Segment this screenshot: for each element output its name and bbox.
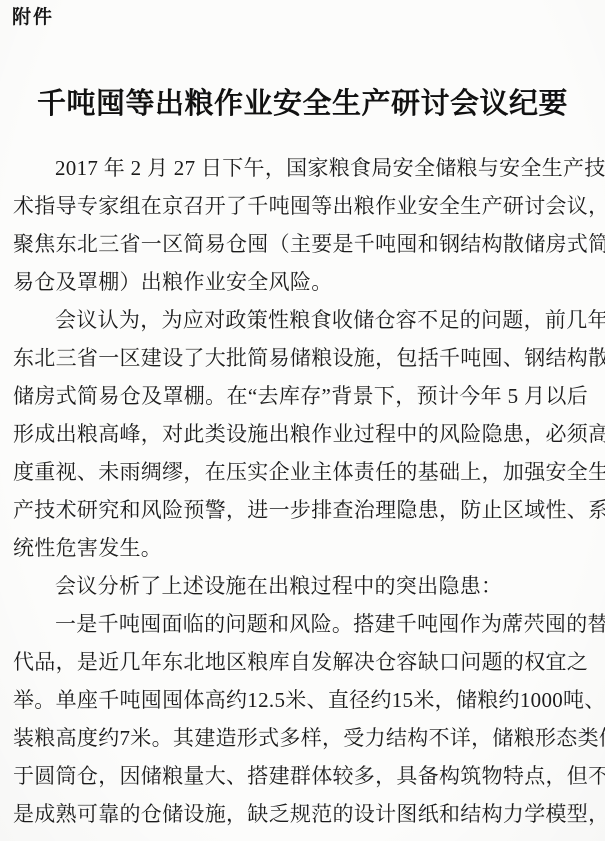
document-body: 2017 年 2 月 27 日下午，国家粮食局安全储粮与安全生产技 术指导专家组… bbox=[13, 149, 588, 833]
body-line: 于圆筒仓，因储粮量大、搭建群体较多，具备构筑物特点，但不 bbox=[13, 757, 588, 795]
body-line: 储房式简易仓及罩棚。在“去库存”背景下，预计今年 5 月以后 bbox=[13, 377, 588, 415]
body-line: 统性危害发生。 bbox=[13, 529, 588, 567]
body-line: 2017 年 2 月 27 日下午，国家粮食局安全储粮与安全生产技 bbox=[13, 149, 588, 187]
body-line: 是成熟可靠的仓储设施，缺乏规范的设计图纸和结构力学模型， bbox=[13, 795, 588, 833]
body-line: 易仓及罩棚）出粮作业安全风险。 bbox=[13, 263, 588, 301]
body-line: 一是千吨囤面临的问题和风险。搭建千吨囤作为蓆茓囤的替 bbox=[13, 605, 588, 643]
body-line: 产技术研究和风险预警，进一步排查治理隐患，防止区域性、系 bbox=[13, 491, 588, 529]
body-line: 装粮高度约7米。其建造形式多样，受力结构不详，储粮形态类似 bbox=[13, 719, 588, 757]
body-line: 术指导专家组在京召开了千吨囤等出粮作业安全生产研讨会议， bbox=[13, 187, 588, 225]
body-line: 东北三省一区建设了大批简易储粮设施，包括千吨囤、钢结构散 bbox=[13, 339, 588, 377]
body-line: 代品，是近几年东北地区粮库自发解决仓容缺口问题的权宜之 bbox=[13, 643, 588, 681]
document-title: 千吨囤等出粮作业安全生产研讨会议纪要 bbox=[0, 81, 605, 122]
body-line: 形成出粮高峰，对此类设施出粮作业过程中的风险隐患，必须高 bbox=[13, 415, 588, 453]
body-line: 会议分析了上述设施在出粮过程中的突出隐患： bbox=[13, 567, 588, 605]
attachment-label: 附件 bbox=[12, 2, 54, 29]
body-line: 举。单座千吨囤囤体高约12.5米、直径约15米，储粮约1000吨、 bbox=[13, 681, 588, 719]
body-line: 度重视、未雨绸缪，在压实企业主体责任的基础上，加强安全生 bbox=[13, 453, 588, 491]
body-line: 会议认为，为应对政策性粮食收储仓容不足的问题，前几年 bbox=[13, 301, 588, 339]
scanned-document-page: 附件 千吨囤等出粮作业安全生产研讨会议纪要 2017 年 2 月 27 日下午，… bbox=[0, 0, 605, 841]
body-line: 聚焦东北三省一区简易仓囤（主要是千吨囤和钢结构散储房式简 bbox=[13, 225, 588, 263]
